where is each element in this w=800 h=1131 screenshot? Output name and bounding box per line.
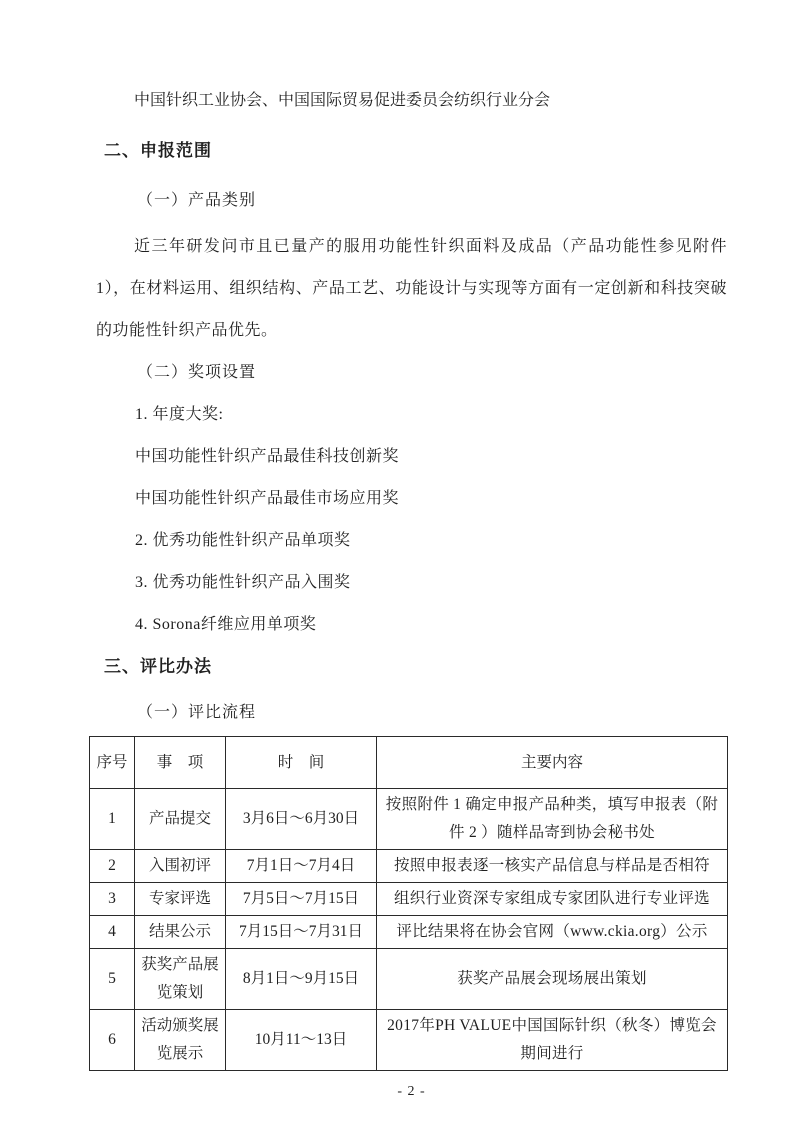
award-item-market-application: 中国功能性针织产品最佳市场应用奖 <box>96 478 727 520</box>
section3-heading: 三、评比办法 <box>96 646 727 688</box>
table-row: 6 活动颁奖展览展示 10月11～13日 2017年PH VALUE中国国际针织… <box>90 1010 728 1071</box>
document-page: 中国针织工业协会、中国国际贸易促进委员会纺织行业分会 二、申报范围 （一）产品类… <box>0 0 800 1131</box>
cell-time: 7月1日～7月4日 <box>226 850 377 883</box>
cell-content: 评比结果将在协会官网（www.ckia.org）公示 <box>377 916 728 949</box>
cell-content: 按照申报表逐一核实产品信息与样品是否相符 <box>377 850 728 883</box>
table-row: 1 产品提交 3月6日～6月30日 按照附件 1 确定申报产品种类，填写申报表（… <box>90 789 728 850</box>
table-row: 4 结果公示 7月15日～7月31日 评比结果将在协会官网（www.ckia.o… <box>90 916 728 949</box>
award-item-tech-innovation: 中国功能性针织产品最佳科技创新奖 <box>96 436 727 478</box>
cell-content: 获奖产品展会现场展出策划 <box>377 949 728 1010</box>
award-item-annual: 1. 年度大奖: <box>96 394 727 436</box>
cell-seq: 1 <box>90 789 135 850</box>
header-seq: 序号 <box>90 737 135 789</box>
cell-item: 结果公示 <box>135 916 226 949</box>
cell-content: 组织行业资深专家组成专家团队进行专业评选 <box>377 883 728 916</box>
table-row: 3 专家评选 7月5日～7月15日 组织行业资深专家组成专家团队进行专业评选 <box>90 883 728 916</box>
product-category-heading: （一）产品类别 <box>96 180 727 222</box>
cell-item: 获奖产品展览策划 <box>135 949 226 1010</box>
table-row: 2 入围初评 7月1日～7月4日 按照申报表逐一核实产品信息与样品是否相符 <box>90 850 728 883</box>
review-process-table: 序号 事 项 时 间 主要内容 1 产品提交 3月6日～6月30日 按照附件 1… <box>89 736 728 1071</box>
header-content: 主要内容 <box>377 737 728 789</box>
cell-seq: 4 <box>90 916 135 949</box>
organizer-line: 中国针织工业协会、中国国际贸易促进委员会纺织行业分会 <box>96 80 727 122</box>
cell-time: 10月11～13日 <box>226 1010 377 1071</box>
cell-item: 入围初评 <box>135 850 226 883</box>
cell-content: 按照附件 1 确定申报产品种类，填写申报表（附件 2 ）随样品寄到协会秘书处 <box>377 789 728 850</box>
award-item-single: 2. 优秀功能性针织产品单项奖 <box>96 520 727 562</box>
cell-seq: 3 <box>90 883 135 916</box>
cell-seq: 5 <box>90 949 135 1010</box>
review-process-heading: （一）评比流程 <box>96 692 727 734</box>
cell-time: 3月6日～6月30日 <box>226 789 377 850</box>
award-item-shortlist: 3. 优秀功能性针织产品入围奖 <box>96 562 727 604</box>
product-category-paragraph: 近三年研发问市且已量产的服用功能性针织面料及成品（产品功能性参见附件1），在材料… <box>96 226 727 352</box>
cell-item: 活动颁奖展览展示 <box>135 1010 226 1071</box>
cell-seq: 6 <box>90 1010 135 1071</box>
header-time: 时 间 <box>226 737 377 789</box>
table-header-row: 序号 事 项 时 间 主要内容 <box>90 737 728 789</box>
section2-heading: 二、申报范围 <box>96 130 727 172</box>
header-item: 事 项 <box>135 737 226 789</box>
document-content: 中国针织工业协会、中国国际贸易促进委员会纺织行业分会 二、申报范围 （一）产品类… <box>0 80 800 1100</box>
cell-time: 7月5日～7月15日 <box>226 883 377 916</box>
cell-seq: 2 <box>90 850 135 883</box>
cell-time: 8月1日～9月15日 <box>226 949 377 1010</box>
page-number: - 2 - <box>96 1084 727 1100</box>
cell-item: 专家评选 <box>135 883 226 916</box>
award-item-sorona: 4. Sorona纤维应用单项奖 <box>96 604 727 646</box>
cell-item: 产品提交 <box>135 789 226 850</box>
table-row: 5 获奖产品展览策划 8月1日～9月15日 获奖产品展会现场展出策划 <box>90 949 728 1010</box>
cell-content: 2017年PH VALUE中国国际针织（秋冬）博览会期间进行 <box>377 1010 728 1071</box>
award-settings-heading: （二）奖项设置 <box>96 352 727 394</box>
cell-time: 7月15日～7月31日 <box>226 916 377 949</box>
